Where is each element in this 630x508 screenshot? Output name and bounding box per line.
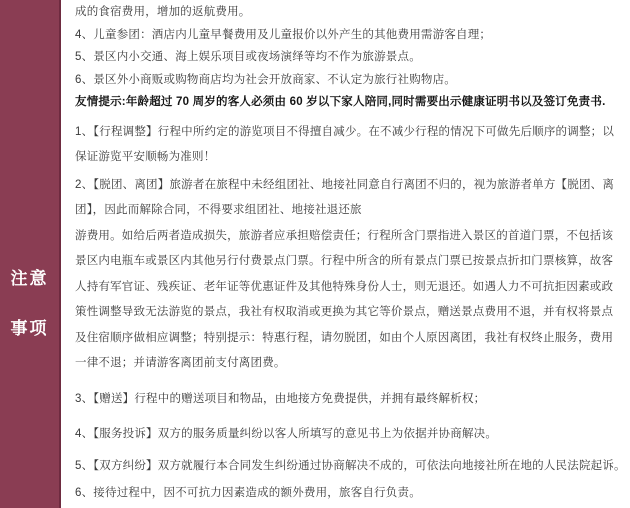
section-header-text-line2: 事项 <box>0 318 59 340</box>
doc-line: 4、【服务投诉】双方的服务质量纠纷以客人所填写的意见书上为依据并协商解决。 <box>75 422 626 448</box>
doc-line: 人持有军官证、残疾证、老年证等优惠证件及其他特殊身份人士，则无退还。如遇人力不可… <box>75 275 626 301</box>
doc-line: 景区内电瓶车或景区内其他另行付费景点门票。行程中所含的所有景点门票已按景点折扣门… <box>75 249 626 275</box>
doc-line: 一律不退；并请游客离团前支付离团费。 <box>75 351 626 377</box>
doc-line: 1、【行程调整】行程中所约定的游览项目不得擅自减少。在不减少行程的情况下可做先后… <box>75 120 626 146</box>
doc-line: 及住宿顺序做相应调整；特别提示：特惠行程，请勿脱团，如由个人原因离团，我社有权终… <box>75 326 626 352</box>
doc-line: 5、景区内小交通、海上娱乐项目或夜场演绎等均不作为旅游景点。 <box>75 46 626 69</box>
doc-line: 策性调整导致无法游览的景点，我社有权取消或更换为其它等价景点，赠送景点费用不退，… <box>75 300 626 326</box>
section-header-cell: 注意 事项 <box>0 0 61 508</box>
document-body: 成的食宿费用，增加的返航费用。 4、儿童参团：酒店内儿童早餐费用及儿童报价以外产… <box>61 0 630 508</box>
doc-line: 6、接待过程中，因不可抗力因素造成的额外费用，旅客自行负责。 <box>75 481 626 507</box>
doc-line: 3、【赠送】行程中的赠送项目和物品，由地接方免费提供，并拥有最终解析权； <box>75 387 626 413</box>
doc-line: 4、儿童参团：酒店内儿童早餐费用及儿童报价以外产生的其他费用需游客自理； <box>75 24 626 47</box>
doc-line: 6、景区外小商贩或购物商店均为社会开放商家、不认定为旅行社购物店。 <box>75 69 626 92</box>
doc-line: 5、【双方纠纷】双方就履行本合同发生纠纷通过协商解决不成的，可依法向地接社所在地… <box>75 454 626 480</box>
doc-line-friendly-reminder: 友情提示:年龄超过 70 周岁的客人必须由 60 岁以下家人陪同,同时需要出示健… <box>75 91 626 114</box>
doc-line: 2、【脱团、离团】旅游者在旅程中未经组团社、地接社同意自行离团不归的，视为旅游者… <box>75 173 626 199</box>
doc-line: 游费用。如给后两者造成损失，旅游者应承担赔偿责任；行程所含门票指进入景区的首道门… <box>75 224 626 250</box>
doc-line: 成的食宿费用，增加的返航费用。 <box>75 1 626 24</box>
doc-line: 保证游览平安顺畅为准则！ <box>75 145 626 171</box>
notice-section: 注意 事项 成的食宿费用，增加的返航费用。 4、儿童参团：酒店内儿童早餐费用及儿… <box>0 0 630 508</box>
section-header-text-line1: 注意 <box>0 268 59 290</box>
doc-line: 团】，因此而解除合同，不得要求组团社、地接社退还旅 <box>75 198 626 224</box>
